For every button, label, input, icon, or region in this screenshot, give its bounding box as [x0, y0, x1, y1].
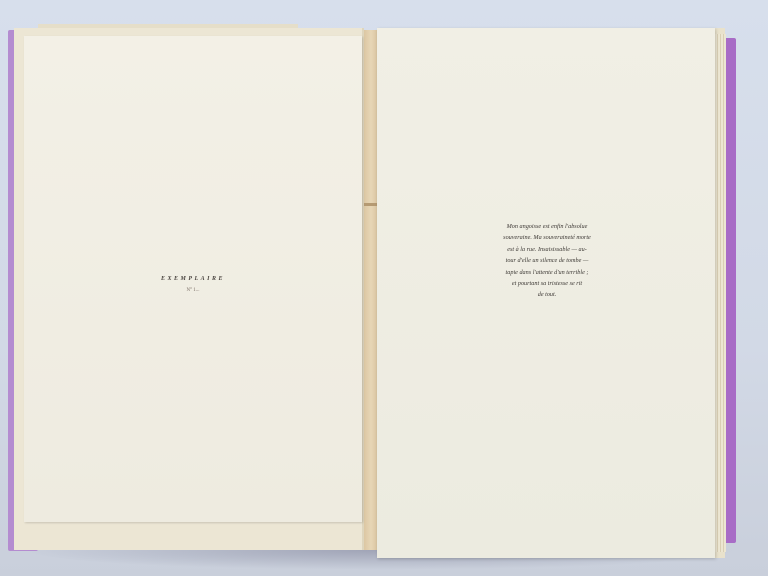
left-page: EXEMPLAIRE N° 1... [24, 36, 362, 522]
photo-scene: EXEMPLAIRE N° 1... Mon angoisse est enfi… [0, 0, 768, 576]
poem-line: Mon angoisse est enfin l'absolue [457, 221, 637, 232]
poem-text: Mon angoisse est enfin l'absolue souvera… [457, 221, 637, 301]
right-page: Mon angoisse est enfin l'absolue souvera… [377, 28, 715, 558]
poem-line: et pourtant sa tristesse se rit [457, 278, 637, 289]
exemplaire-number: N° 1... [24, 288, 362, 293]
gutter-fold-mark [364, 203, 378, 206]
poem-line: est à la rue. Insaisissable — au- [457, 244, 637, 255]
book-gutter [364, 30, 378, 550]
exemplaire-label: EXEMPLAIRE [24, 276, 362, 282]
poem-line: tour d'elle un silence de tombe — [457, 255, 637, 266]
poem-line: tapie dans l'attente d'un terrible ; [457, 267, 637, 278]
poem-line: de tout. [457, 289, 637, 300]
poem-line: souveraine. Ma souveraineté morte [457, 232, 637, 243]
